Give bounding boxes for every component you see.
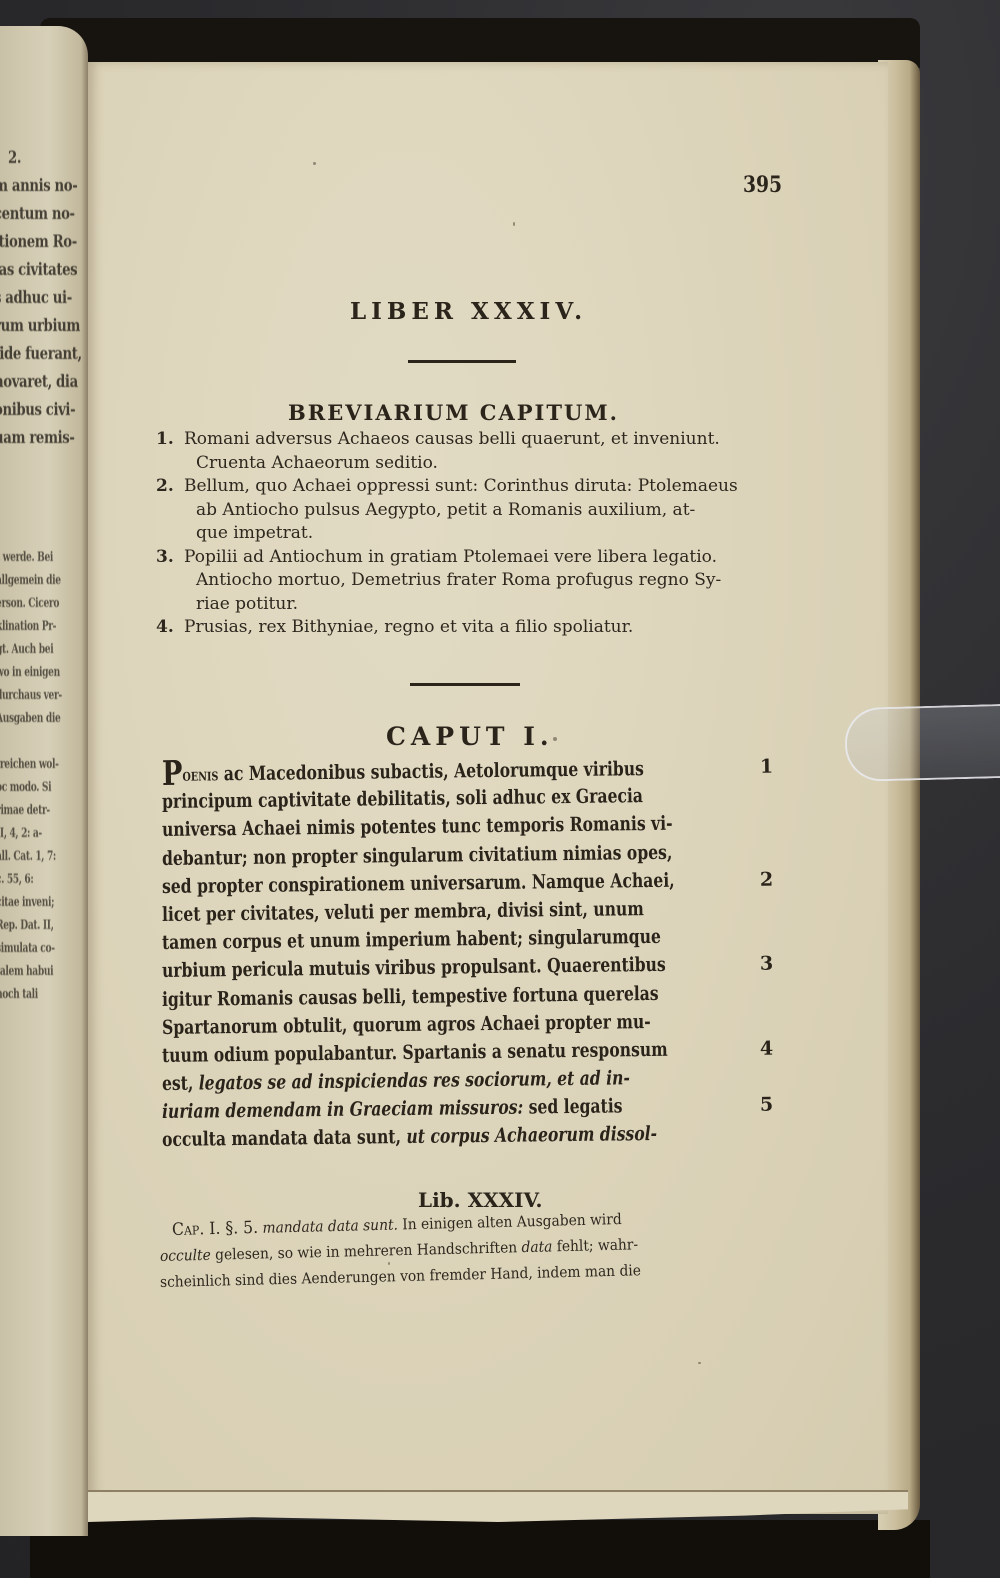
left-page-text-line: onibus civi- bbox=[0, 400, 75, 420]
left-page-text-line: talem habui bbox=[0, 964, 53, 979]
breviarium-item-line: Bellum, quo Achaei oppressi sunt: Corint… bbox=[184, 475, 796, 499]
footnote-text: In einigen alten Ausgaben wird bbox=[398, 1210, 622, 1233]
chapter-text-line: occulta mandata data sunt, ut corpus Ach… bbox=[162, 1119, 752, 1154]
breviarium-item-number: 4. bbox=[156, 616, 184, 640]
breviarium-item-line: Romani adversus Achaeos causas belli qua… bbox=[184, 428, 796, 452]
footnote-lemma: mandata data sunt. bbox=[262, 1215, 398, 1236]
breviarium-item: 4.Prusias, rex Bithyniae, regno et vita … bbox=[156, 616, 796, 640]
left-page-text-line: m annis no- bbox=[0, 176, 77, 196]
title-divider bbox=[408, 360, 516, 363]
book-cover-bottom-edge bbox=[30, 1520, 930, 1578]
left-page-text-line: durchaus ver- bbox=[0, 688, 62, 703]
left-page-text-line: fide fuerant, bbox=[0, 344, 82, 364]
breviarium-item: 3.Popilii ad Antiochum in gratiam Ptolem… bbox=[156, 546, 796, 617]
section-margin-number: 5 bbox=[760, 1091, 774, 1119]
section-margin-number: 4 bbox=[760, 1034, 774, 1062]
left-page-text-line: klination Pr- bbox=[0, 619, 56, 634]
left-page-text-line: itionem Ro- bbox=[0, 232, 77, 252]
left-page-text-line: allgemein die bbox=[0, 573, 61, 588]
chapter-title: CAPUT I. bbox=[386, 722, 554, 751]
section-margin-number: 3 bbox=[760, 950, 774, 978]
left-page-text-line: all. Cat. 1, 7: bbox=[0, 849, 56, 864]
left-page-text-line: Ausgaben die bbox=[0, 711, 60, 726]
breviarium-item-line: que impetrat. bbox=[184, 522, 796, 546]
breviarium-item: 2.Bellum, quo Achaei oppressi sunt: Cori… bbox=[156, 475, 796, 546]
book-cover-top-edge bbox=[40, 18, 920, 68]
left-page-text-line: wo in einigen bbox=[0, 665, 60, 680]
left-page-text-line: oc modo. Si bbox=[0, 780, 51, 795]
breviarium-item-line: Popilii ad Antiochum in gratiam Ptolemae… bbox=[184, 546, 796, 570]
breviarium-item-number: 1. bbox=[156, 428, 184, 475]
left-page-text-line: c. 55, 6: bbox=[0, 872, 33, 887]
footnote-italic: occulte bbox=[160, 1246, 211, 1265]
left-page-text-line: treichen wol- bbox=[0, 757, 59, 772]
footnote-text: gelesen, so wie in mehreren Handschrifte… bbox=[211, 1238, 522, 1264]
left-page-text-line: t werde. Bei bbox=[0, 550, 53, 565]
section-margin-number: 2 bbox=[760, 865, 774, 893]
chapter-body: Poenis ac Macedonibus subactis, Aetoloru… bbox=[162, 760, 752, 1155]
footnotes: Cap. I. §. 5. mandata data sunt. In eini… bbox=[172, 1217, 792, 1295]
breviarium-item-line: Prusias, rex Bithyniae, regno et vita a … bbox=[184, 616, 796, 640]
footnote-italic: data bbox=[521, 1237, 552, 1256]
footnote-text: fehlt; wahr- bbox=[552, 1235, 638, 1255]
breviarium-title: BREVIARIUM CAPITUM. bbox=[288, 400, 619, 425]
page-number: 395 bbox=[743, 172, 782, 198]
left-page-text-line: las civitates bbox=[0, 260, 77, 280]
breviarium-list: 1.Romani adversus Achaeos causas belli q… bbox=[156, 428, 796, 640]
breviarium-item-line: riae potitur. bbox=[184, 593, 796, 617]
section-margin-number: 1 bbox=[760, 753, 774, 781]
breviarium-item-number: 2. bbox=[156, 475, 184, 546]
breviarium-item-number: 3. bbox=[156, 546, 184, 617]
breviarium-item: 1.Romani adversus Achaeos causas belli q… bbox=[156, 428, 796, 475]
left-page-text-line: s adhuc ui- bbox=[0, 288, 72, 308]
left-page-fragment: 2.m annis no-centum no-itionem Ro-las ci… bbox=[0, 26, 88, 1536]
left-page-text-line: Rep. Dat. II, bbox=[0, 918, 54, 933]
left-page-text-line: noch tali bbox=[0, 987, 38, 1002]
transparent-bookmark-clip bbox=[844, 704, 1000, 782]
left-page-text-line: rum urbium bbox=[0, 316, 80, 336]
left-page-text-line: citae inveni; bbox=[0, 895, 54, 910]
left-page-text-line: erson. Cicero bbox=[0, 596, 59, 611]
left-page-text-line: 2. bbox=[8, 148, 21, 168]
book-title: LIBER XXXIV. bbox=[350, 298, 587, 325]
left-page-text-line: centum no- bbox=[0, 204, 75, 224]
left-page-text-line: gt. Auch bei bbox=[0, 642, 53, 657]
left-page-text-line: simulata co- bbox=[0, 941, 55, 956]
left-page-text-line: II, 4, 2: a- bbox=[0, 826, 42, 841]
breviarium-item-line: ab Antiocho pulsus Aegypto, petit a Roma… bbox=[184, 499, 796, 523]
breviarium-item-line: Cruenta Achaeorum seditio. bbox=[184, 452, 796, 476]
footnote-ref: Cap. I. §. 5. bbox=[172, 1218, 259, 1240]
left-page-text-line: novaret, dia bbox=[0, 372, 78, 392]
left-page-text-line: uam remis- bbox=[0, 428, 74, 448]
breviarium-item-line: Antiocho mortuo, Demetrius frater Roma p… bbox=[184, 569, 796, 593]
chapter-divider bbox=[410, 683, 520, 686]
left-page-text-line: rimae detr- bbox=[0, 803, 50, 818]
